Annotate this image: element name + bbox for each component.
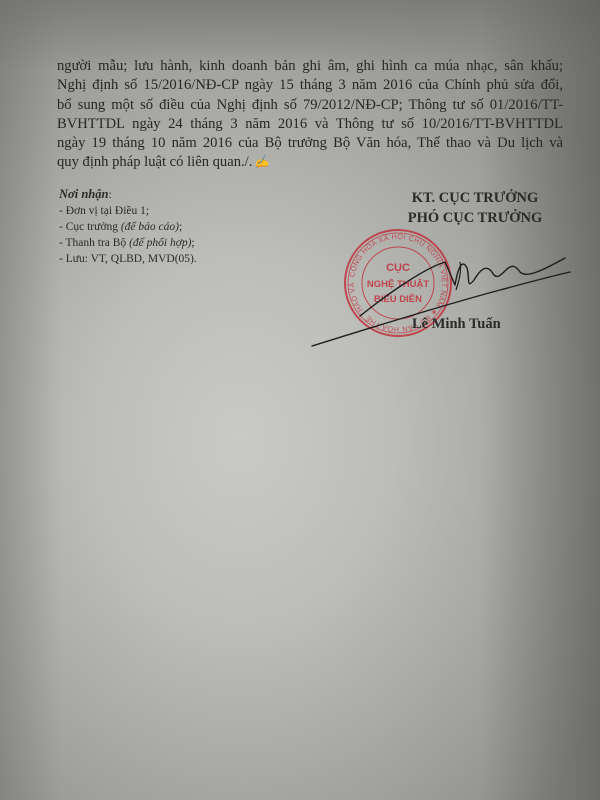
recipient-text: - Thanh tra Bộ <box>59 237 129 249</box>
recipient-text: - Đơn vị tại Điều 1; <box>59 205 149 217</box>
body-line: ngày 19 tháng 10 năm 2016 của Bộ trưởng … <box>57 134 563 153</box>
recipient-text: - Lưu: VT, QLBD, MVD(05). <box>59 253 197 265</box>
recipient-item: - Thanh tra Bộ (để phối hợp); <box>59 235 197 251</box>
signature-title-block: KT. CỤC TRƯỞNG PHÓ CỤC TRƯỞNG <box>380 188 570 228</box>
body-line-text: quy định pháp luật có liên quan./. <box>57 154 252 170</box>
recipient-item: - Lưu: VT, QLBD, MVD(05). <box>59 251 197 267</box>
recipient-suffix: ; <box>179 221 182 233</box>
body-line: Nghị định số 15/2016/NĐ-CP ngày 15 tháng… <box>57 76 563 95</box>
page-left-shadow <box>0 0 60 800</box>
body-line-last: quy định pháp luật có liên quan./.✍ <box>57 153 563 172</box>
recipient-note: (để báo cáo) <box>121 221 179 233</box>
initial-mark-icon: ✍ <box>253 152 271 174</box>
body-line: BVHTTDL ngày 24 tháng 3 năm 2016 và Thôn… <box>57 115 563 134</box>
signature-title-line1: KT. CỤC TRƯỞNG <box>380 188 570 208</box>
document-body: người mẫu; lưu hành, kinh doanh bản ghi … <box>57 57 563 173</box>
stamp-center-line1: CỤC <box>386 262 410 274</box>
recipient-item: - Đơn vị tại Điều 1; <box>59 203 197 219</box>
recipients-heading-label: Nơi nhận <box>59 187 108 201</box>
body-line: người mẫu; lưu hành, kinh doanh bản ghi … <box>57 57 563 76</box>
recipients-heading-colon: : <box>108 189 111 201</box>
body-line: bổ sung một số điều của Nghị định số 79/… <box>57 96 563 115</box>
stamp-center-line3: BIỂU DIỄN <box>374 293 422 305</box>
stamp-center-line2: NGHỆ THUẬT <box>367 278 429 290</box>
recipient-suffix: ; <box>191 237 194 249</box>
recipient-text: - Cục trưởng <box>59 221 121 233</box>
recipient-item: - Cục trưởng (để báo cáo); <box>59 219 197 235</box>
recipients-list: Nơi nhận: - Đơn vị tại Điều 1; - Cục trư… <box>59 186 197 267</box>
recipient-note: (để phối hợp) <box>129 237 191 249</box>
signature-title-line2: PHÓ CỤC TRƯỞNG <box>380 208 570 228</box>
recipients-heading: Nơi nhận: <box>59 186 197 203</box>
signer-name: Lê Minh Tuấn <box>412 316 501 333</box>
